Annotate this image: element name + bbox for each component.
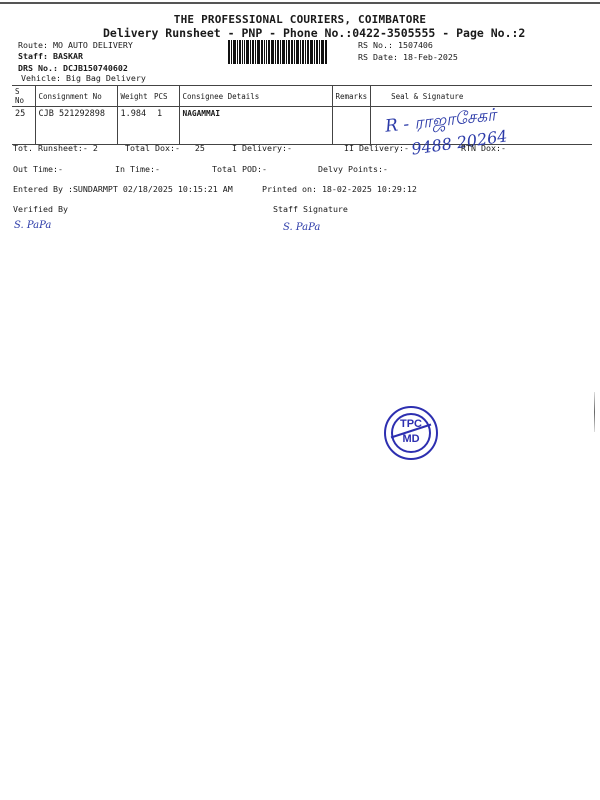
table-header-row: S No Consignment No Weight PCS Consignee… [12, 86, 592, 107]
stamp-line2: MD [386, 433, 436, 445]
cell-pcs: 1 [151, 107, 179, 145]
scan-edge-mark [594, 392, 595, 432]
col-seal-signature: Seal & Signature [371, 86, 592, 107]
col-remarks: Remarks [332, 86, 371, 107]
rs-number: RS No.: 1507406 [358, 40, 433, 50]
consignment-table: S No Consignment No Weight PCS Consignee… [12, 85, 592, 145]
drs-number: DRS No.: DCJB150740602 [18, 63, 128, 73]
col-consignee-details: Consignee Details [179, 86, 332, 107]
cell-s-no: 25 [12, 107, 35, 145]
col-weight: Weight [117, 86, 151, 107]
verified-by-signature: S. PaPa [14, 220, 51, 231]
cell-consignee-details: NAGAMMAI [179, 107, 332, 145]
staff-signature-label: Staff Signature [273, 204, 348, 214]
in-time: In Time:- [115, 164, 160, 174]
total-dox: Total Dox:- 25 [125, 143, 205, 153]
printed-on: Printed on: 18-02-2025 10:29:12 [262, 184, 417, 194]
rtn-dox: RTN Dox:- [461, 143, 506, 153]
staff-label: Staff: BASKAR [18, 51, 83, 61]
cell-weight: 1.984 [117, 107, 151, 145]
entered-by: Entered By :SUNDARMPT 02/18/2025 10:15:2… [13, 184, 233, 194]
cell-remarks [332, 107, 371, 145]
out-time: Out Time:- [13, 164, 63, 174]
col-pcs: PCS [151, 86, 179, 107]
delvy-points: Delvy Points:- [318, 164, 388, 174]
col-consignment-no: Consignment No [35, 86, 117, 107]
col-s-no: S No [12, 86, 35, 107]
total-pod: Total POD:- [212, 164, 267, 174]
verified-by-label: Verified By [13, 204, 68, 214]
runsheet-subtitle: Delivery Runsheet - PNP - Phone No.:0422… [103, 26, 525, 40]
table-row: 25 CJB 521292898 1.984 1 NAGAMMAI R - ரா… [12, 107, 592, 145]
staff-signature: S. PaPa [283, 222, 320, 233]
cell-consignment-no: CJB 521292898 [35, 107, 117, 145]
vehicle-label: Vehicle: Big Bag Delivery [21, 73, 146, 83]
ii-delivery: II Delivery:- [344, 143, 409, 153]
rs-date: RS Date: 18-Feb-2025 [358, 52, 458, 62]
company-seal-stamp: TPC MD [384, 406, 438, 460]
i-delivery: I Delivery:- [232, 143, 292, 153]
tot-runsheet: Tot. Runsheet:- 2 [13, 143, 98, 153]
company-title: THE PROFESSIONAL COURIERS, COIMBATORE [0, 13, 600, 26]
cell-seal-signature: R - ராஜாசேகர் 9488 20264 [371, 107, 592, 145]
route-label: Route: MO AUTO DELIVERY [18, 40, 133, 50]
barcode [228, 40, 349, 64]
top-border-line [0, 2, 600, 4]
